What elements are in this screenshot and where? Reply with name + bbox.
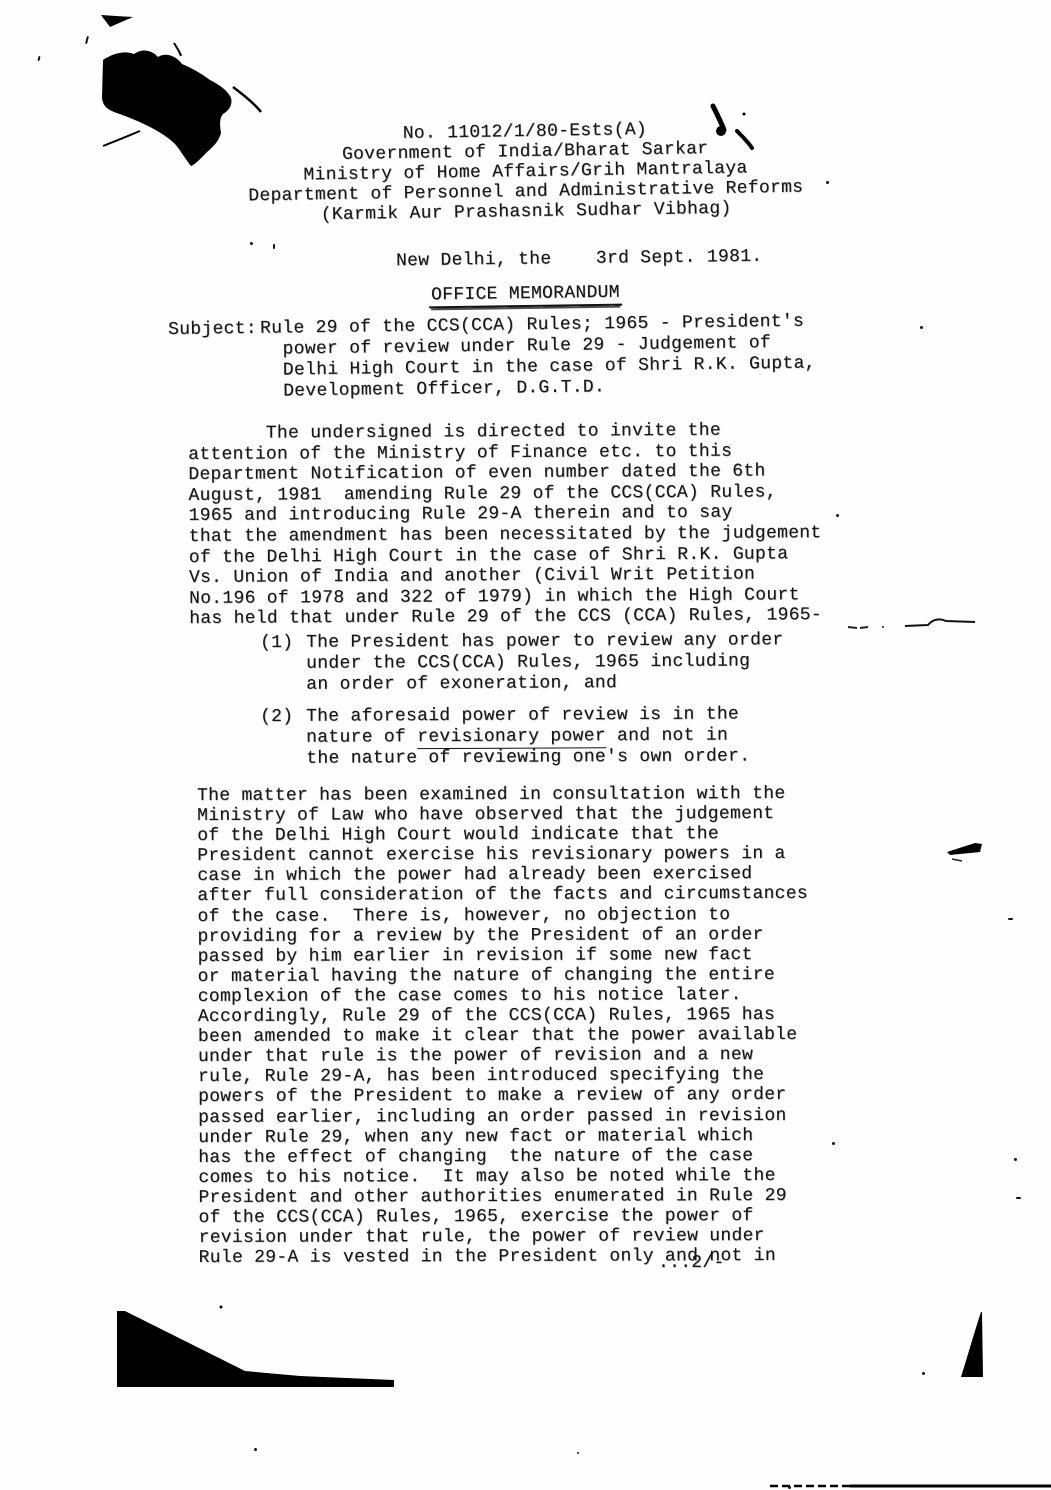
item-2-line-1: The aforesaid power of review is in the (306, 704, 750, 727)
scanned-memo-page: No. 11012/1/80-Ests(A) Government of Ind… (0, 0, 1051, 1490)
dateline: New Delhi, the 3rd Sept. 1981. (396, 247, 763, 271)
margin-dash-mark (935, 835, 995, 867)
item-2-line-2: nature of revisionary power and not in (306, 725, 750, 748)
scan-speck (832, 1142, 835, 1145)
finding-item-2: (2) The aforesaid power of review is in … (260, 704, 750, 770)
margin-squiggle (825, 610, 985, 640)
scan-speck (254, 1448, 257, 1451)
item-1-text: The President has power to review any or… (306, 630, 784, 695)
subject-label: Subject: (168, 319, 261, 404)
underlined-phrase: revisionary power (417, 726, 606, 748)
finding-item-1: (1) The President has power to review an… (260, 630, 784, 696)
bottom-scan-line (765, 1482, 1051, 1490)
scan-speck (1016, 1197, 1021, 1199)
scan-speck (826, 181, 829, 184)
doc-type-title: OFFICE MEMORANDUM (0, 277, 1051, 315)
scan-speck (788, 1486, 791, 1489)
letterhead: No. 11012/1/80-Ests(A) Government of Ind… (0, 114, 1051, 230)
scan-speck (1008, 918, 1013, 920)
subject-text: Rule 29 of the CCS(CCA) Rules; 1965 - Pr… (260, 312, 816, 403)
scan-speck (250, 242, 253, 245)
page-continuation-marker: ...2/- (658, 1253, 725, 1273)
scan-speck (273, 244, 275, 249)
item-2-marker: (2) (260, 707, 306, 770)
scan-speck (577, 1452, 579, 1454)
item-2-text: The aforesaid power of review is in the … (306, 704, 750, 769)
paragraph-1: The undersigned is directed to invite th… (188, 420, 822, 630)
paragraph-2: The matter has been examined in consulta… (197, 784, 809, 1268)
office-memorandum-heading: OFFICE MEMORANDUM (429, 283, 622, 309)
subject-block: Subject: Rule 29 of the CCS(CCA) Rules; … (168, 312, 816, 404)
scan-speck (920, 326, 923, 329)
ink-wedge-bottom-left (100, 1300, 420, 1400)
scan-speck (922, 1372, 925, 1375)
scan-speck (836, 514, 839, 517)
ink-triangle-bottom-right (950, 1305, 995, 1385)
item-1-marker: (1) (260, 633, 306, 696)
scan-speck (1014, 1158, 1017, 1161)
item-2-line-3: the nature of reviewing one's own order. (306, 746, 750, 769)
